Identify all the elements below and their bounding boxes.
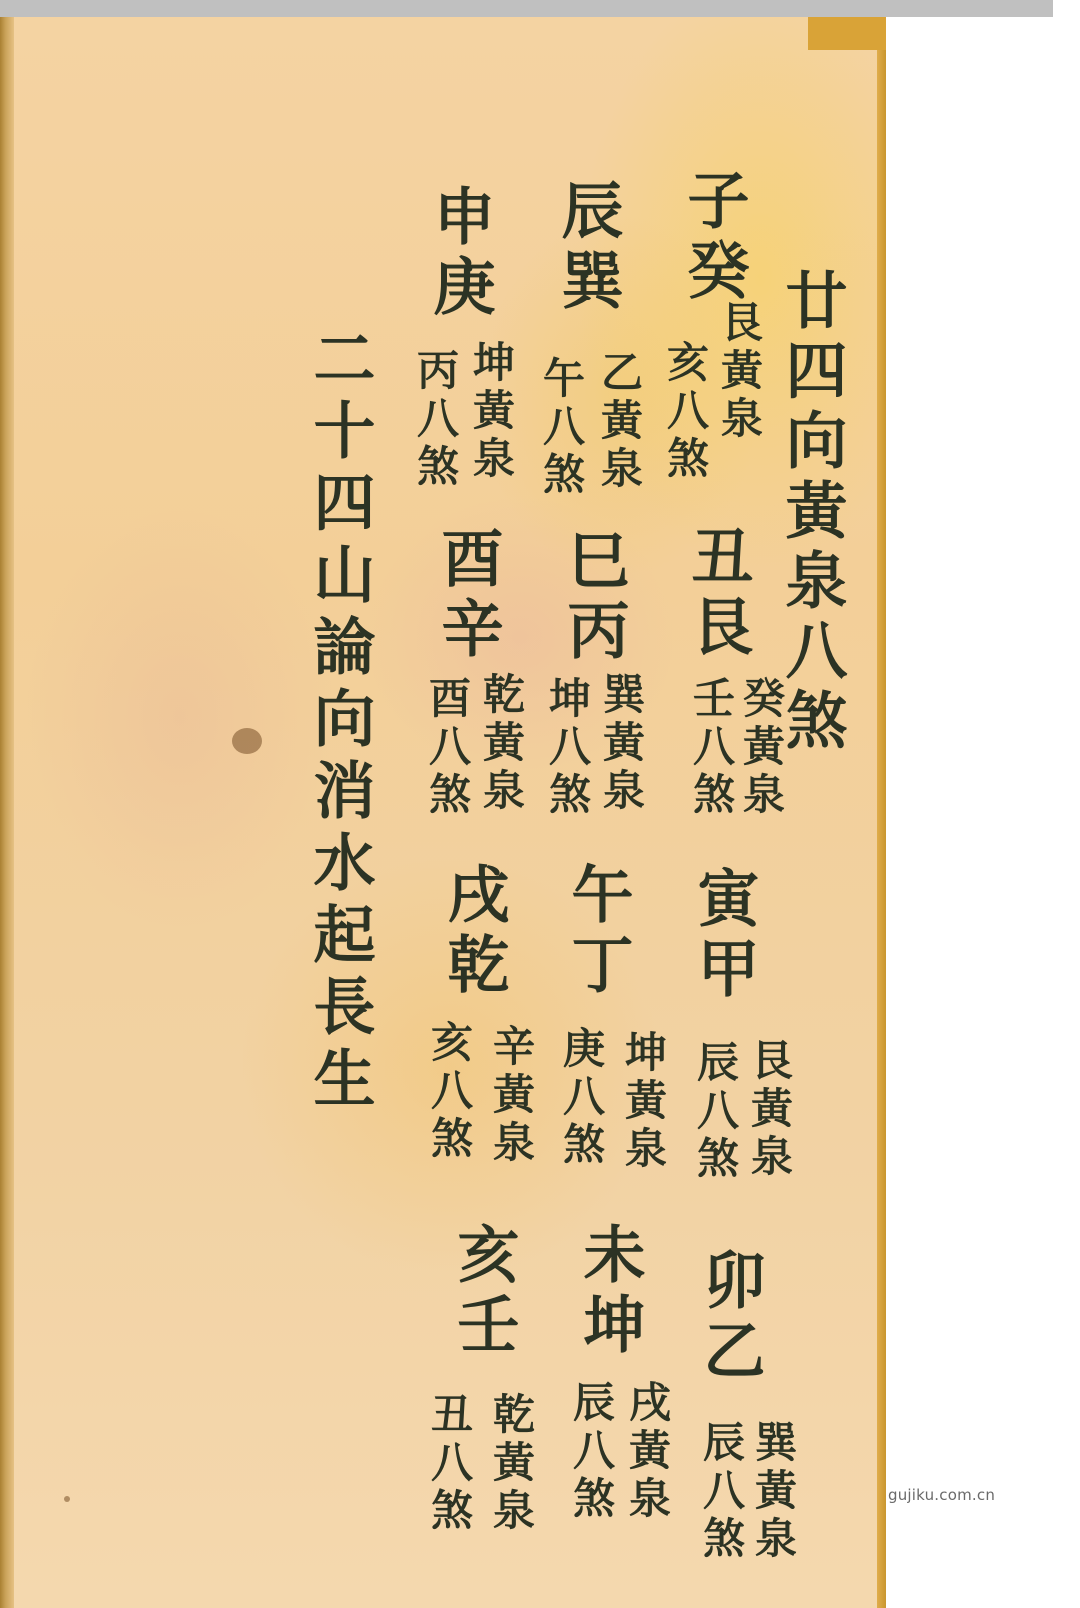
entry-note-left: 午八煞 xyxy=(540,356,582,500)
entry-note-right: 艮黃泉 xyxy=(718,300,760,444)
entry-note-right: 巽黃泉 xyxy=(600,672,642,816)
page-right-edge xyxy=(877,17,886,1608)
entry-note-right: 艮黃泉 xyxy=(748,1038,790,1182)
entry-main-wuding: 午丁 xyxy=(566,862,628,1002)
entry-note-right: 坤黃泉 xyxy=(622,1030,664,1174)
entry-note-left: 辰八煞 xyxy=(700,1420,742,1564)
entry-note-right: 辛黃泉 xyxy=(490,1024,532,1168)
entry-main-youxin: 酉辛 xyxy=(436,526,498,666)
entry-note-left: 壬八煞 xyxy=(690,676,732,820)
entry-note-right: 戌黃泉 xyxy=(626,1380,668,1524)
entry-note-right: 坤黃泉 xyxy=(470,340,512,484)
entry-note-left: 庚八煞 xyxy=(560,1026,602,1170)
entry-main-maoyi: 卯乙 xyxy=(698,1248,760,1388)
entry-note-left: 丑八煞 xyxy=(428,1392,470,1536)
page-corner-stain xyxy=(808,17,886,50)
entry-main-yinjia: 寅甲 xyxy=(692,866,754,1006)
entry-note-right: 乾黃泉 xyxy=(490,1392,532,1536)
entry-note-right: 巽黃泉 xyxy=(752,1420,794,1564)
entry-main-zigui: 子癸 xyxy=(682,168,744,308)
entry-main-chenxun: 辰巽 xyxy=(556,178,618,318)
entry-note-right: 癸黃泉 xyxy=(740,676,782,820)
entry-note-left: 辰八煞 xyxy=(570,1380,612,1524)
ink-speck xyxy=(64,1496,70,1502)
entry-note-left: 丙八煞 xyxy=(414,348,456,492)
entry-main-sibing: 巳丙 xyxy=(562,528,624,668)
entry-main-hairen: 亥壬 xyxy=(452,1222,514,1362)
top-gray-bar xyxy=(0,0,1053,17)
watermark-text: gujiku.com.cn xyxy=(888,1486,995,1504)
entry-note-right: 乾黃泉 xyxy=(480,672,522,816)
entry-note-left: 辰八煞 xyxy=(694,1040,736,1184)
entry-main-weikun: 未坤 xyxy=(578,1222,640,1362)
entry-note-left: 酉八煞 xyxy=(426,676,468,820)
entry-note-left: 坤八煞 xyxy=(546,676,588,820)
entry-note-right: 乙黃泉 xyxy=(598,350,640,494)
document-title: 廿四向黃泉八煞 xyxy=(780,268,842,758)
section-heading: 二十四山論向消水起長生 xyxy=(308,326,370,1118)
entry-main-shengeng: 申庚 xyxy=(428,184,490,324)
page-binding-edge xyxy=(0,17,14,1608)
entry-note-left: 亥八煞 xyxy=(664,340,706,484)
entry-main-chougen: 丑艮 xyxy=(686,524,748,664)
entry-note-left: 亥八煞 xyxy=(428,1020,470,1164)
ink-stain xyxy=(232,728,262,754)
entry-main-xuqian: 戌乾 xyxy=(442,862,504,1002)
